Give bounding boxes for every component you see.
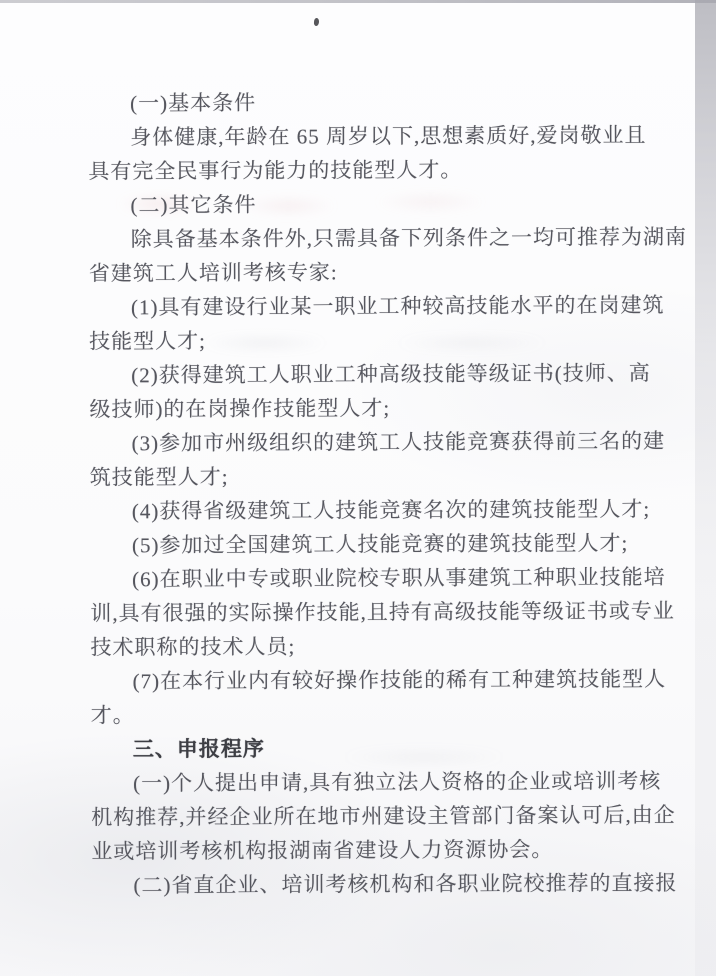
doc-line: 技术职称的技术人员; (90, 628, 646, 664)
doc-line: 省建筑工人培训考核专家: (89, 254, 645, 290)
doc-line: (4)获得省级建筑工人技能竞赛名次的建筑技能型人才; (90, 492, 646, 528)
subsection-heading: (二)其它条件 (88, 186, 644, 222)
doc-line: (一)个人提出申请,具有独立法人资格的企业或培训考核 (91, 764, 647, 800)
doc-line: (3)参加市州级组织的建筑工人技能竞赛获得前三名的建 (89, 424, 645, 460)
scan-edge-right (695, 0, 716, 976)
doc-line: 除具备基本条件外,只需具备下列条件之一均可推荐为湖南 (89, 220, 645, 256)
doc-line: 训,具有很强的实际操作技能,且持有高级技能等级证书或专业 (90, 594, 646, 630)
subsection-heading: (一)基本条件 (88, 84, 644, 120)
section-heading: 三、申报程序 (91, 730, 647, 766)
doc-line: 机构推荐,并经企业所在地市州建设主管部门备案认可后,由企 (91, 798, 647, 834)
document-text-block: (一)基本条件 身体健康,年龄在 65 周岁以下,思想素质好,爱岗敬业且 具有完… (88, 84, 648, 902)
doc-line: (二)省直企业、培训考核机构和各职业院校推荐的直接报 (91, 866, 647, 902)
scanned-page: (一)基本条件 身体健康,年龄在 65 周岁以下,思想素质好,爱岗敬业且 具有完… (0, 0, 716, 976)
doc-line: (7)在本行业内有较好操作技能的稀有工种建筑技能型人 (91, 662, 647, 698)
doc-line: 筑技能型人才; (90, 458, 646, 494)
doc-line: (5)参加过全国建筑工人技能竞赛的建筑技能型人才; (90, 526, 646, 562)
doc-line: (2)获得建筑工人职业工种高级技能等级证书(技师、高 (89, 356, 645, 392)
doc-line: 具有完全民事行为能力的技能型人才。 (88, 152, 644, 188)
doc-line: (6)在职业中专或职业院校专职从事建筑工种职业技能培 (90, 560, 646, 596)
doc-line: 技能型人才; (89, 322, 645, 358)
scan-edge-top (0, 0, 716, 3)
doc-line: 级技师)的在岗操作技能型人才; (89, 390, 645, 426)
doc-line: 身体健康,年龄在 65 周岁以下,思想素质好,爱岗敬业且 (88, 118, 644, 154)
doc-line: 才。 (91, 696, 647, 732)
ink-speck (313, 18, 319, 27)
doc-line: 业或培训考核机构报湖南省建设人力资源协会。 (91, 832, 647, 868)
doc-line: (1)具有建设行业某一职业工种较高技能水平的在岗建筑 (89, 288, 645, 324)
